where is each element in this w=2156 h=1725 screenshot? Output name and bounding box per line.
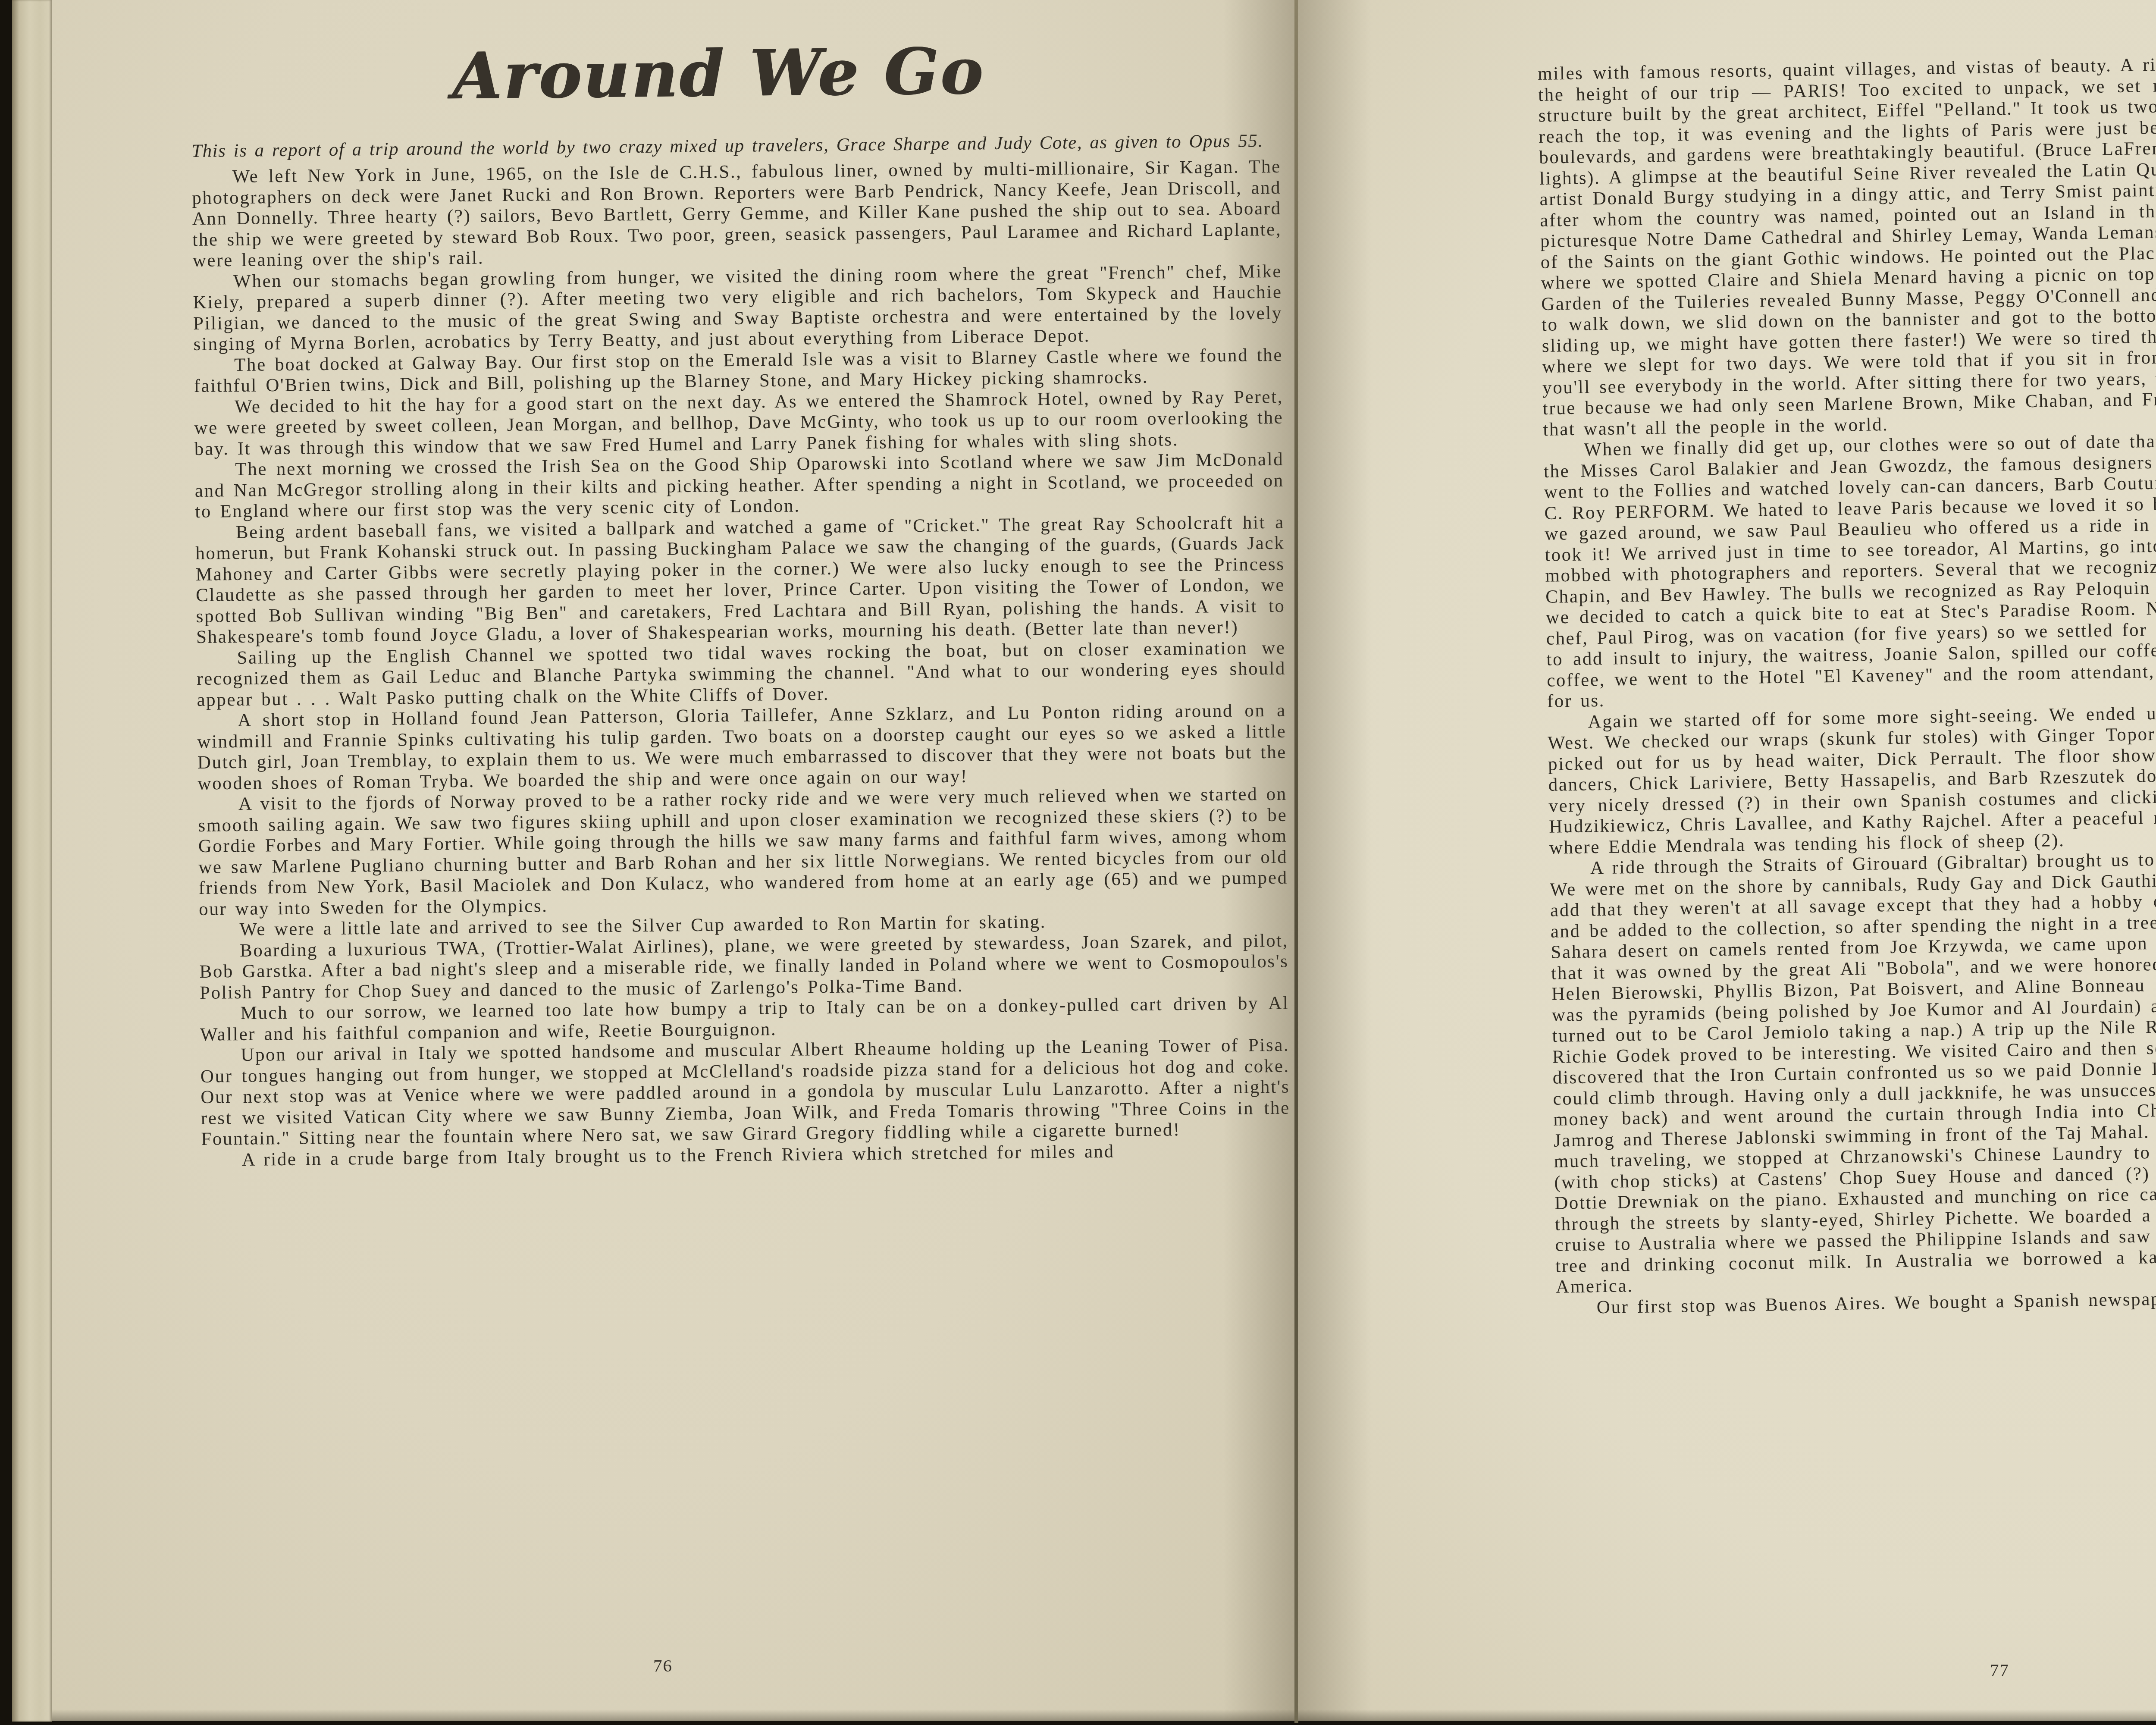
paragraph: Again we started off for some more sight… [1547,697,2156,859]
book-spread: Around We Go This is a report of a trip … [0,0,2156,1725]
page-number-right: 77 [1990,1659,2009,1680]
paragraph: Boarding a luxurious TWA, (Trottier-Wala… [199,930,1289,1004]
paragraph: A ride through the Straits of Girouard (… [1549,844,2156,1298]
page-left: Around We Go This is a report of a trip … [52,0,1296,1721]
paragraph: Upon our arival in Italy we spotted hand… [200,1035,1290,1150]
right-page-content: miles with famous resorts, quaint villag… [1538,49,2156,1318]
page-right: miles with famous resorts, quaint villag… [1298,0,2156,1721]
left-page-text: We left New York in June, 1965, on the I… [192,157,1291,1171]
paragraph: A short stop in Holland found Jean Patte… [197,700,1287,794]
book-left-page-edges [12,0,52,1722]
left-page-content: Around We Go This is a report of a trip … [191,36,1291,1171]
bottom-shadow-right [1298,1709,2156,1721]
paragraph: We decided to hit the hay for a good sta… [194,386,1284,460]
gutter-shadow-right [1298,0,1371,1721]
paragraph: The next morning we crossed the Irish Se… [194,449,1284,523]
right-page-text: miles with famous resorts, quaint villag… [1538,49,2156,1318]
paragraph: Being ardent baseball fans, we visited a… [195,512,1286,648]
bottom-shadow-left [52,1709,1296,1721]
paragraph: When our stomachs began growling from hu… [193,261,1283,355]
paragraph: When we finally did get up, our clothes … [1543,425,2156,712]
paragraph: A visit to the fjords of Norway proved t… [198,784,1288,920]
page-number-left: 76 [653,1655,673,1676]
paragraph: miles with famous resorts, quaint villag… [1538,49,2156,440]
paragraph: Sailing up the English Channel we spotte… [196,637,1286,711]
paragraph: We left New York in June, 1965, on the I… [192,157,1282,272]
page-title: Around We Go [268,37,1168,110]
gutter-shadow-left [1223,0,1296,1721]
